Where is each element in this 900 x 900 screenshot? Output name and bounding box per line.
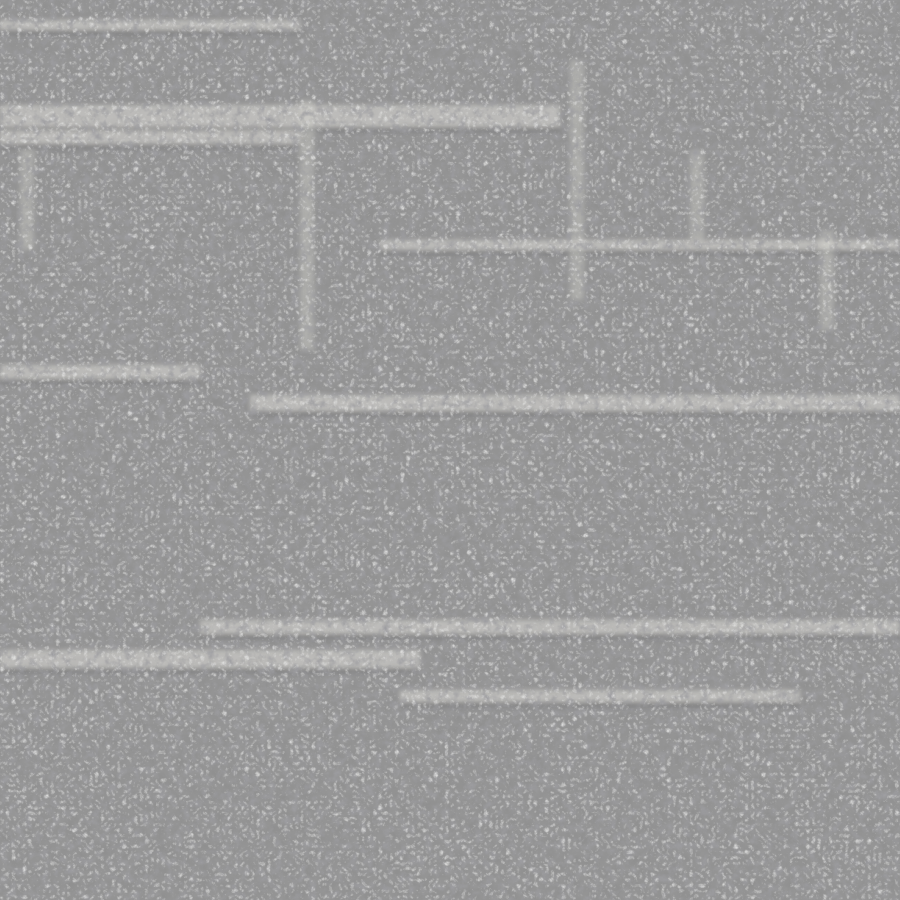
fabric-texture-photo (0, 0, 900, 900)
fabric-texture (0, 0, 900, 900)
